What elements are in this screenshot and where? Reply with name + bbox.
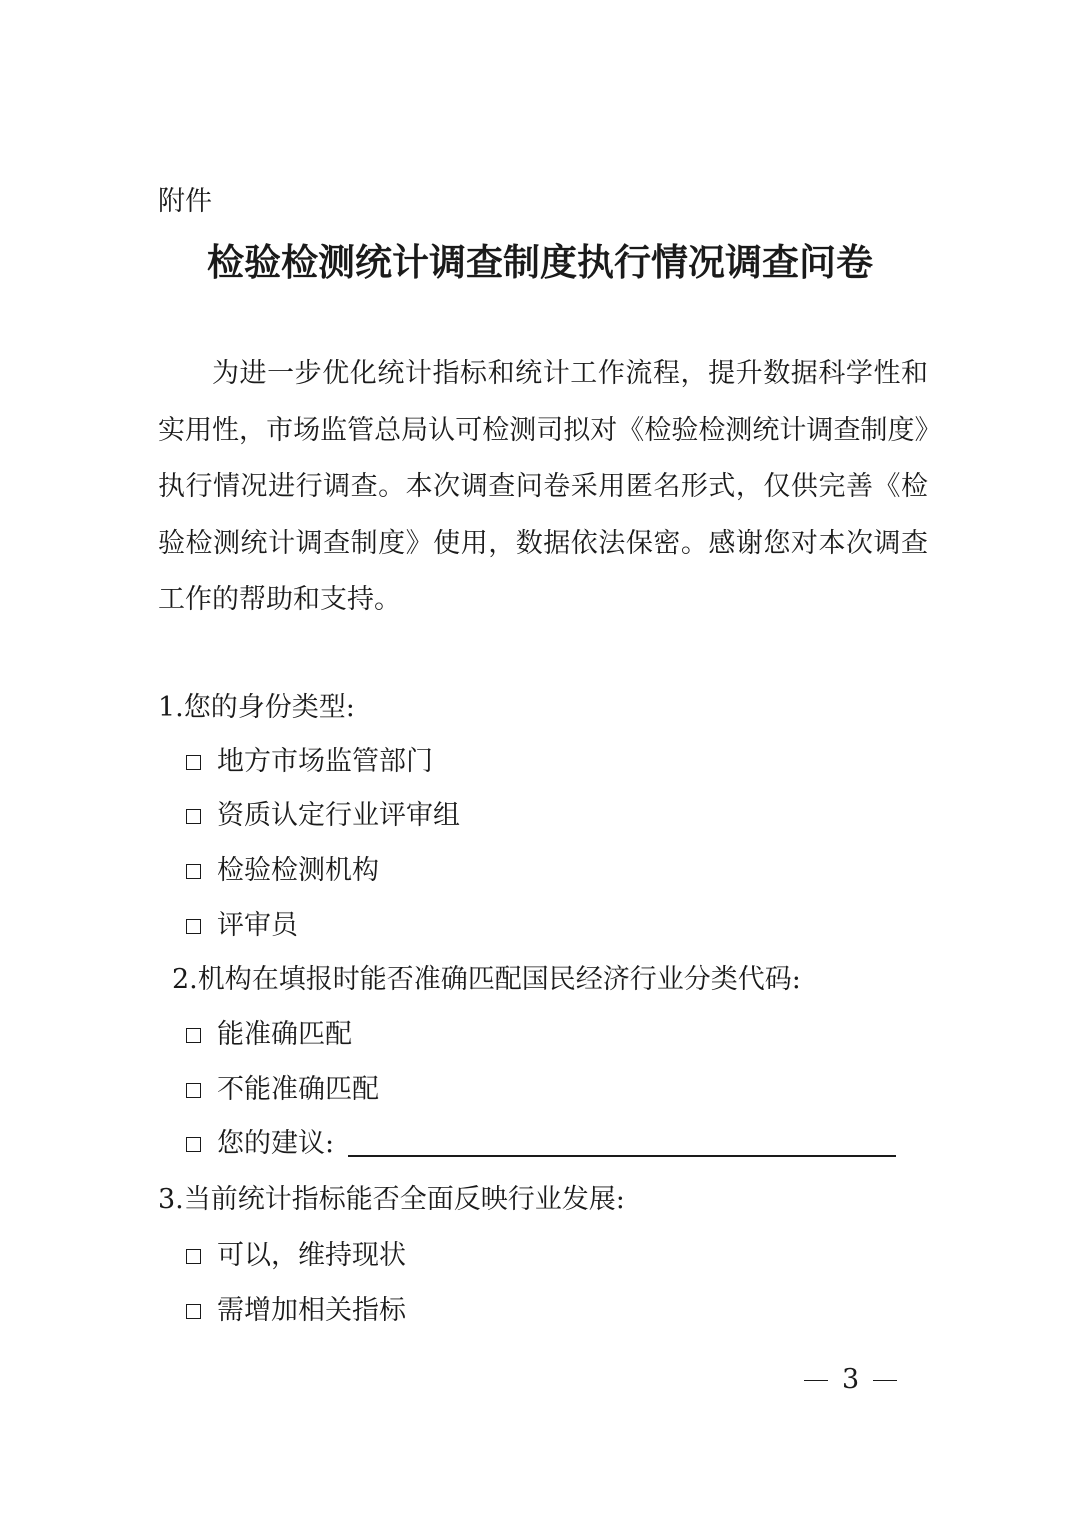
option-label: 地方市场监管部门 [217, 742, 433, 782]
question-3-label: 3.当前统计指标能否全面反映行业发展: [158, 1180, 625, 1220]
suggestion-input-line[interactable] [348, 1131, 896, 1157]
q3-option-maintain[interactable]: 可以，维持现状 [186, 1236, 406, 1276]
q1-option-testing-institution[interactable]: 检验检测机构 [186, 851, 379, 891]
document-title: 检验检测统计调查制度执行情况调查问卷 [150, 234, 930, 290]
checkbox-icon[interactable] [186, 755, 201, 770]
option-label: 需增加相关指标 [217, 1291, 406, 1331]
q1-option-local-regulator[interactable]: 地方市场监管部门 [186, 742, 433, 782]
q1-option-reviewer[interactable]: 评审员 [186, 906, 298, 946]
checkbox-icon[interactable] [186, 1083, 201, 1098]
q2-option-can-match[interactable]: 能准确匹配 [186, 1015, 352, 1055]
intro-paragraph: 为进一步优化统计指标和统计工作流程，提升数据科学性和实用性，市场监管总局认可检测… [158, 346, 928, 629]
option-label: 您的建议: [217, 1124, 334, 1164]
checkbox-icon[interactable] [186, 919, 201, 934]
attachment-label: 附件 [158, 184, 212, 220]
q2-option-cannot-match[interactable]: 不能准确匹配 [186, 1070, 379, 1110]
q3-option-add-indicators[interactable]: 需增加相关指标 [186, 1291, 406, 1331]
option-label: 资质认定行业评审组 [217, 796, 460, 836]
q1-option-review-team[interactable]: 资质认定行业评审组 [186, 796, 460, 836]
page-number: 3 [790, 1362, 911, 1398]
checkbox-icon[interactable] [186, 1304, 201, 1319]
question-1-label: 1.您的身份类型: [158, 688, 355, 728]
checkbox-icon[interactable] [186, 864, 201, 879]
checkbox-icon[interactable] [186, 809, 201, 824]
checkbox-icon[interactable] [186, 1137, 201, 1152]
page-number-value: 3 [842, 1364, 859, 1395]
question-2-label: 2.机构在填报时能否准确匹配国民经济行业分类代码: [172, 960, 801, 1000]
option-label: 评审员 [217, 906, 298, 946]
option-label: 不能准确匹配 [217, 1070, 379, 1110]
option-label: 能准确匹配 [217, 1015, 352, 1055]
q2-option-suggestion[interactable]: 您的建议: [186, 1124, 896, 1164]
dash-icon [804, 1380, 828, 1381]
option-label: 检验检测机构 [217, 851, 379, 891]
checkbox-icon[interactable] [186, 1249, 201, 1264]
dash-icon [873, 1380, 897, 1381]
checkbox-icon[interactable] [186, 1028, 201, 1043]
option-label: 可以，维持现状 [217, 1236, 406, 1276]
